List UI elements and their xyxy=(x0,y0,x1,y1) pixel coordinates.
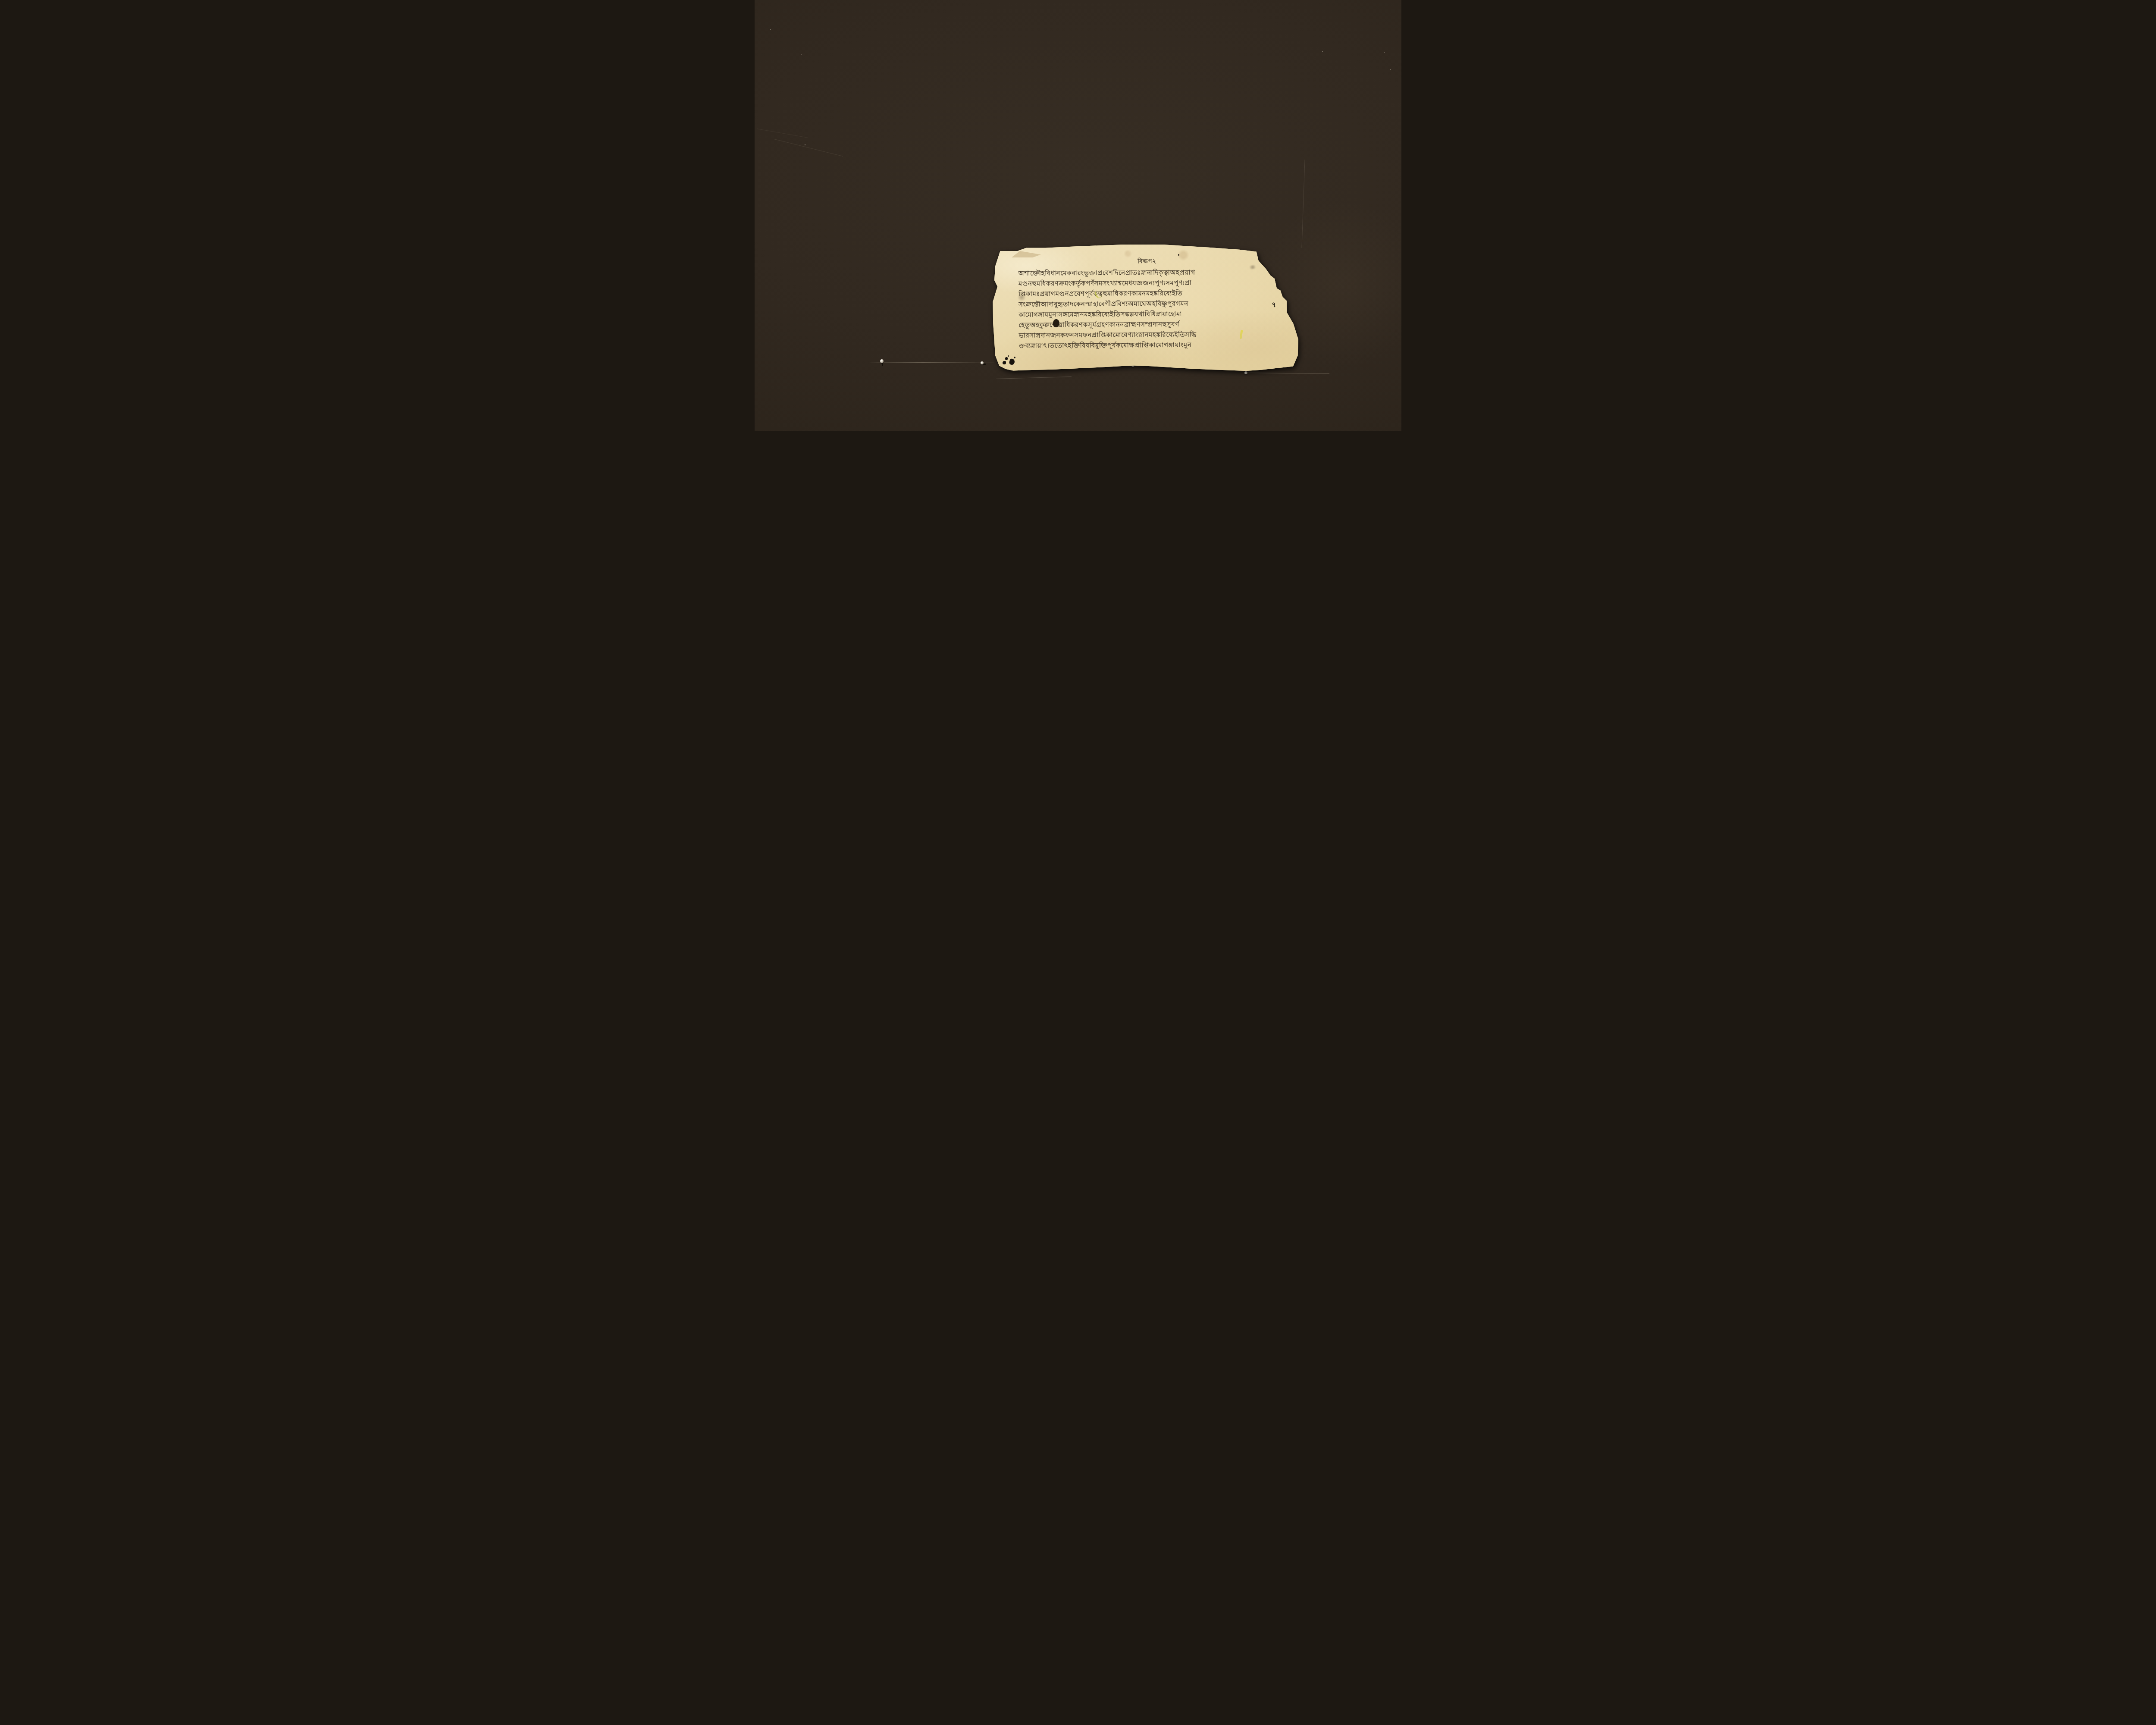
photograph-of-manuscript: বিল্কপ২ অশাক্তৌহবিধানমেকবারংভুক্তাপ্রবেশ… xyxy=(755,0,1401,431)
scratch-line xyxy=(774,139,843,157)
manuscript-text-block: অশাক্তৌহবিধানমেকবারংভুক্তাপ্রবেশদিনেপ্রা… xyxy=(1018,267,1291,351)
pin-head xyxy=(880,359,884,363)
ink-blot xyxy=(1003,361,1006,364)
ink-dot xyxy=(1178,254,1179,256)
pin-stem xyxy=(882,363,883,366)
manuscript-line: অশাক্তৌহবিধানমেকবারংভুক্তাপ্রবেশদিনেপ্রা… xyxy=(1018,267,1290,278)
manuscript-line: সংক্রন্তৌআদাবুহৃতাদকেনস্মাহাবেণীপ্রবিশ্য… xyxy=(1018,298,1290,309)
manuscript-line: কামোগঙ্গাযমুনাসঙ্গমেস্নানমহঙ্করিষ্যেইতিস… xyxy=(1018,308,1290,320)
ink-blot xyxy=(1005,357,1008,360)
pin-head xyxy=(981,361,984,364)
manuscript-paper: বিল্কপ২ অশাক্তৌহবিধানমেকবারংভুক্তাপ্রবেশ… xyxy=(992,244,1300,380)
scratch-line xyxy=(1301,160,1305,248)
dust-speck xyxy=(770,29,771,30)
ink-blot xyxy=(1009,358,1015,366)
dust-speck xyxy=(1384,52,1385,53)
dust-speck xyxy=(801,54,802,55)
pin-stem xyxy=(983,364,986,365)
page-header-title: বিল্কপ২ xyxy=(1138,257,1156,266)
dust-speck xyxy=(1390,69,1391,70)
manuscript-line: মণ্ডনহুমধিকরণক্রমংকর্তৃকপদঁসমসংখ্যাশ্বমে… xyxy=(1018,277,1290,289)
manuscript-line: ভারসাস্ত্রদানজনকফনসমফনপ্রাপ্তিকামোবেণ্যা… xyxy=(1018,329,1290,340)
dust-speck xyxy=(1322,51,1323,52)
manuscript-leaf: বিল্কপ২ অশাক্তৌহবিধানমেকবারংভুক্তাপ্রবেশ… xyxy=(992,244,1300,380)
ink-blot xyxy=(1014,357,1015,358)
corner-fold xyxy=(1012,251,1041,257)
manuscript-line: ক্তব্যস্নায়াৎ।ততোঽহক্তিষিষবিমুক্তিপূর্ব… xyxy=(1018,339,1290,351)
manuscript-line: প্তিকামঃপ্রয়াগমণ্ডনপ্রবেশপূর্বকত্বহুমাধ… xyxy=(1018,287,1290,299)
ink-blot xyxy=(1008,355,1009,357)
stitch-thread xyxy=(868,362,994,363)
scratch-line xyxy=(757,129,808,138)
dust-speck xyxy=(805,144,805,145)
